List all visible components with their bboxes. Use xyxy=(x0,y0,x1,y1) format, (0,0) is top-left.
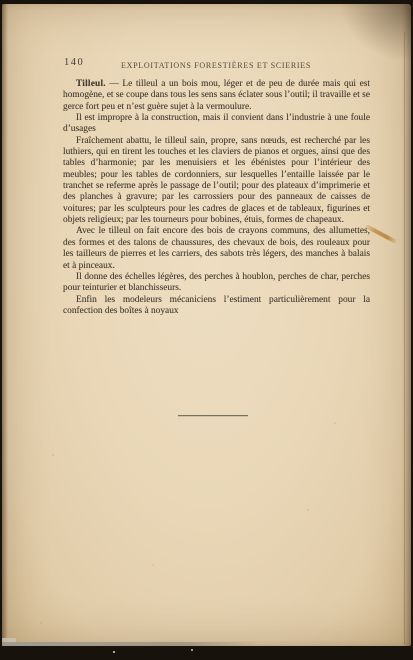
book-page: 140 EXPLOITATIONS FORESTIÈRES ET SCIERIE… xyxy=(2,4,411,646)
text-block: Tilleul. — Le tilleul a un bois mou, lég… xyxy=(63,79,370,317)
lead-word: Tilleul. xyxy=(76,79,106,89)
paragraph-text: — Le tilleul a un bois mou, léger et de … xyxy=(63,79,370,112)
paper-speckle xyxy=(52,454,54,456)
paragraph-crayons: Avec le tilleul on fait encore des bois … xyxy=(63,226,370,271)
bottom-edge-strip xyxy=(2,642,260,646)
page-number: 140 xyxy=(64,57,84,68)
page-edge-line xyxy=(404,32,405,644)
corner-shade xyxy=(339,4,411,62)
paper-sliver xyxy=(2,638,16,642)
paragraph-modeleurs: Enfin les modeleurs mécaniciens l’estime… xyxy=(63,295,370,318)
paragraph-echelles: Il donne des échelles légères, des perch… xyxy=(63,272,370,295)
running-title: EXPLOITATIONS FORESTIÈRES ET SCIERIES xyxy=(121,61,311,70)
photo-backdrop: 140 EXPLOITATIONS FORESTIÈRES ET SCIERIE… xyxy=(0,0,413,660)
dust-speck xyxy=(191,649,193,651)
left-edge-shade xyxy=(2,4,8,646)
paragraph-usages: Fraîchement abattu, le tilleul sain, pro… xyxy=(63,136,370,227)
paragraph-impropre: Il est impropre à la construction, mais … xyxy=(63,113,370,136)
paragraph-tilleul-intro: Tilleul. — Le tilleul a un bois mou, lég… xyxy=(63,79,370,113)
divider-rule xyxy=(178,415,248,416)
dust-speck xyxy=(113,651,115,653)
